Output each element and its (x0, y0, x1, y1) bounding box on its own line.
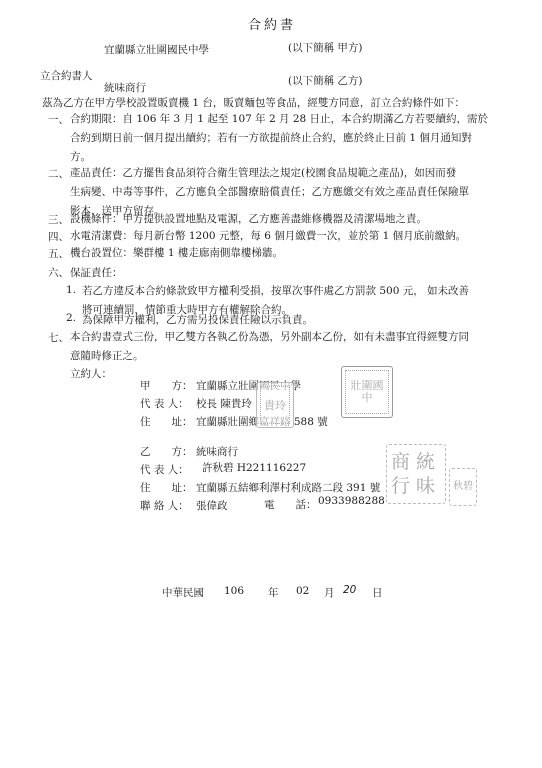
clause-7-line-1: 本合約書壹式三份，甲乙雙方各執乙份為憑，另外副本乙份，如有未盡事宜得經雙方同 (70, 330, 469, 344)
sub-clause-2-text: 為保障甲方權利，乙方需另投保責任險以示負責。 (82, 312, 313, 327)
school-seal-stamp: 壯圍國中 (341, 366, 393, 418)
party-a-name: 宜蘭縣立壯圍國民中學 (104, 42, 209, 57)
clause-7: 本合約書壹式三份，甲乙雙方各執乙份為憑，另外副本乙份，如有未盡事宜得經雙方同 意… (70, 330, 469, 363)
clause-4-number: 四、 (48, 229, 69, 244)
party-a-rep-value: 校長 陳貴玲 (196, 396, 252, 411)
party-b-name: 統味商行 (104, 80, 146, 95)
signatories-label: 立合約書人 (40, 68, 93, 83)
date-month: 02 (296, 585, 309, 597)
clause-5-text: 機台設置位：樂群樓 1 樓走廊南側靠樓梯牆。 (70, 245, 283, 260)
party-b-alias: (以下簡稱 乙方) (288, 73, 363, 88)
principal-seal-text: 貴玲 (260, 386, 290, 424)
principal-seal-stamp: 貴玲 (256, 382, 294, 428)
sub-clause-1-number: 1. (66, 284, 76, 296)
date-year-unit: 年 (268, 585, 279, 600)
preamble: 茲為乙方在甲方學校設置販賣機 1 台，販賣麵包等食品，經雙方同意，訂立合約條件如… (42, 95, 465, 110)
clause-3-text: 設機條件：甲方提供設置地點及電源，乙方應善盡維修機器及清潔場地之責。 (70, 211, 427, 226)
clause-7-number: 七、 (48, 330, 69, 345)
party-a-address-label: 住 址： (140, 414, 193, 429)
clause-1: 合約期限：自 106 年 3 月 1 起至 107 年 2 月 28 日止，本合… (70, 112, 488, 164)
party-a-label: 甲 方： (140, 378, 193, 393)
party-b-contact-value: 張偉政 (196, 498, 228, 513)
clause-2-line-1: 產品責任：乙方擺售食品須符合衛生管理法之規定(校園食品規範之產品)，如因而發 (70, 166, 469, 180)
party-b-contact-label: 聯 絡 人： (140, 498, 189, 513)
party-b-phone-label: 電 話： (264, 497, 317, 512)
party-a-alias: (以下簡稱 甲方) (288, 40, 363, 55)
date-year: 106 (224, 585, 244, 597)
clause-1-line-1: 合約期限：自 106 年 3 月 1 起至 107 年 2 月 28 日止，本合… (70, 112, 488, 126)
clause-1-number: 一、 (48, 112, 69, 127)
party-b-rep-label: 代 表 人： (140, 462, 189, 477)
clause-2-line-2: 生病變、中毒等事件，乙方應負全部醫療賠償責任；乙方應繳交有效之產品責任保險單 (70, 185, 469, 199)
party-b-address-label: 住 址： (140, 480, 193, 495)
signing-label: 立約人： (70, 366, 112, 381)
party-b-address-value: 宜蘭縣五結鄉利澤村利成路二段 391 號 (196, 480, 380, 495)
company-seal-stamp: 商統行味 (386, 444, 446, 504)
clause-2-number: 二、 (48, 166, 69, 181)
sub-clause-1-line-1: 若乙方違反本合約條款致甲方權利受損，按單次事件處乙方罰款 500 元， 如未改善 (82, 284, 469, 298)
clause-6-text: 保証責任： (70, 265, 123, 280)
clause-5-number: 五、 (48, 246, 69, 261)
school-seal-text: 壯圍國中 (345, 370, 389, 414)
representative-seal-stamp: 秋碧 (449, 468, 477, 506)
clause-4-text: 水電清潔費：每月新台幣 1200 元整，每 6 個月繳費一次，並於第 1 個月底… (70, 228, 466, 243)
clause-6-number: 六、 (48, 265, 69, 280)
clause-3-number: 三、 (48, 212, 69, 227)
document-title: 合約書 (248, 14, 296, 33)
party-b-phone-value: 0933988288 (318, 495, 385, 507)
party-b-label: 乙 方： (140, 444, 193, 459)
date-month-unit: 月 (324, 585, 335, 600)
party-b-value: 統味商行 (196, 444, 238, 459)
clause-1-line-2: 合約到期日前一個月提出續約；若有一方欲提前終止合約，應於終止日前 1 個月通知對 (70, 131, 488, 145)
company-seal-text: 商統行味 (390, 448, 442, 500)
sub-clause-2-number: 2. (66, 312, 76, 324)
representative-seal-text: 秋碧 (453, 472, 473, 502)
party-b-rep-value: 許秋碧 H221116227 (202, 460, 306, 475)
date-day-unit: 日 (372, 585, 383, 600)
date-era: 中華民國 (162, 585, 204, 600)
clause-1-line-3: 方。 (70, 150, 488, 164)
date-day: 20 (343, 584, 356, 596)
clause-7-line-2: 意隨時修正之。 (70, 349, 469, 363)
party-a-rep-label: 代 表 人： (140, 396, 189, 411)
